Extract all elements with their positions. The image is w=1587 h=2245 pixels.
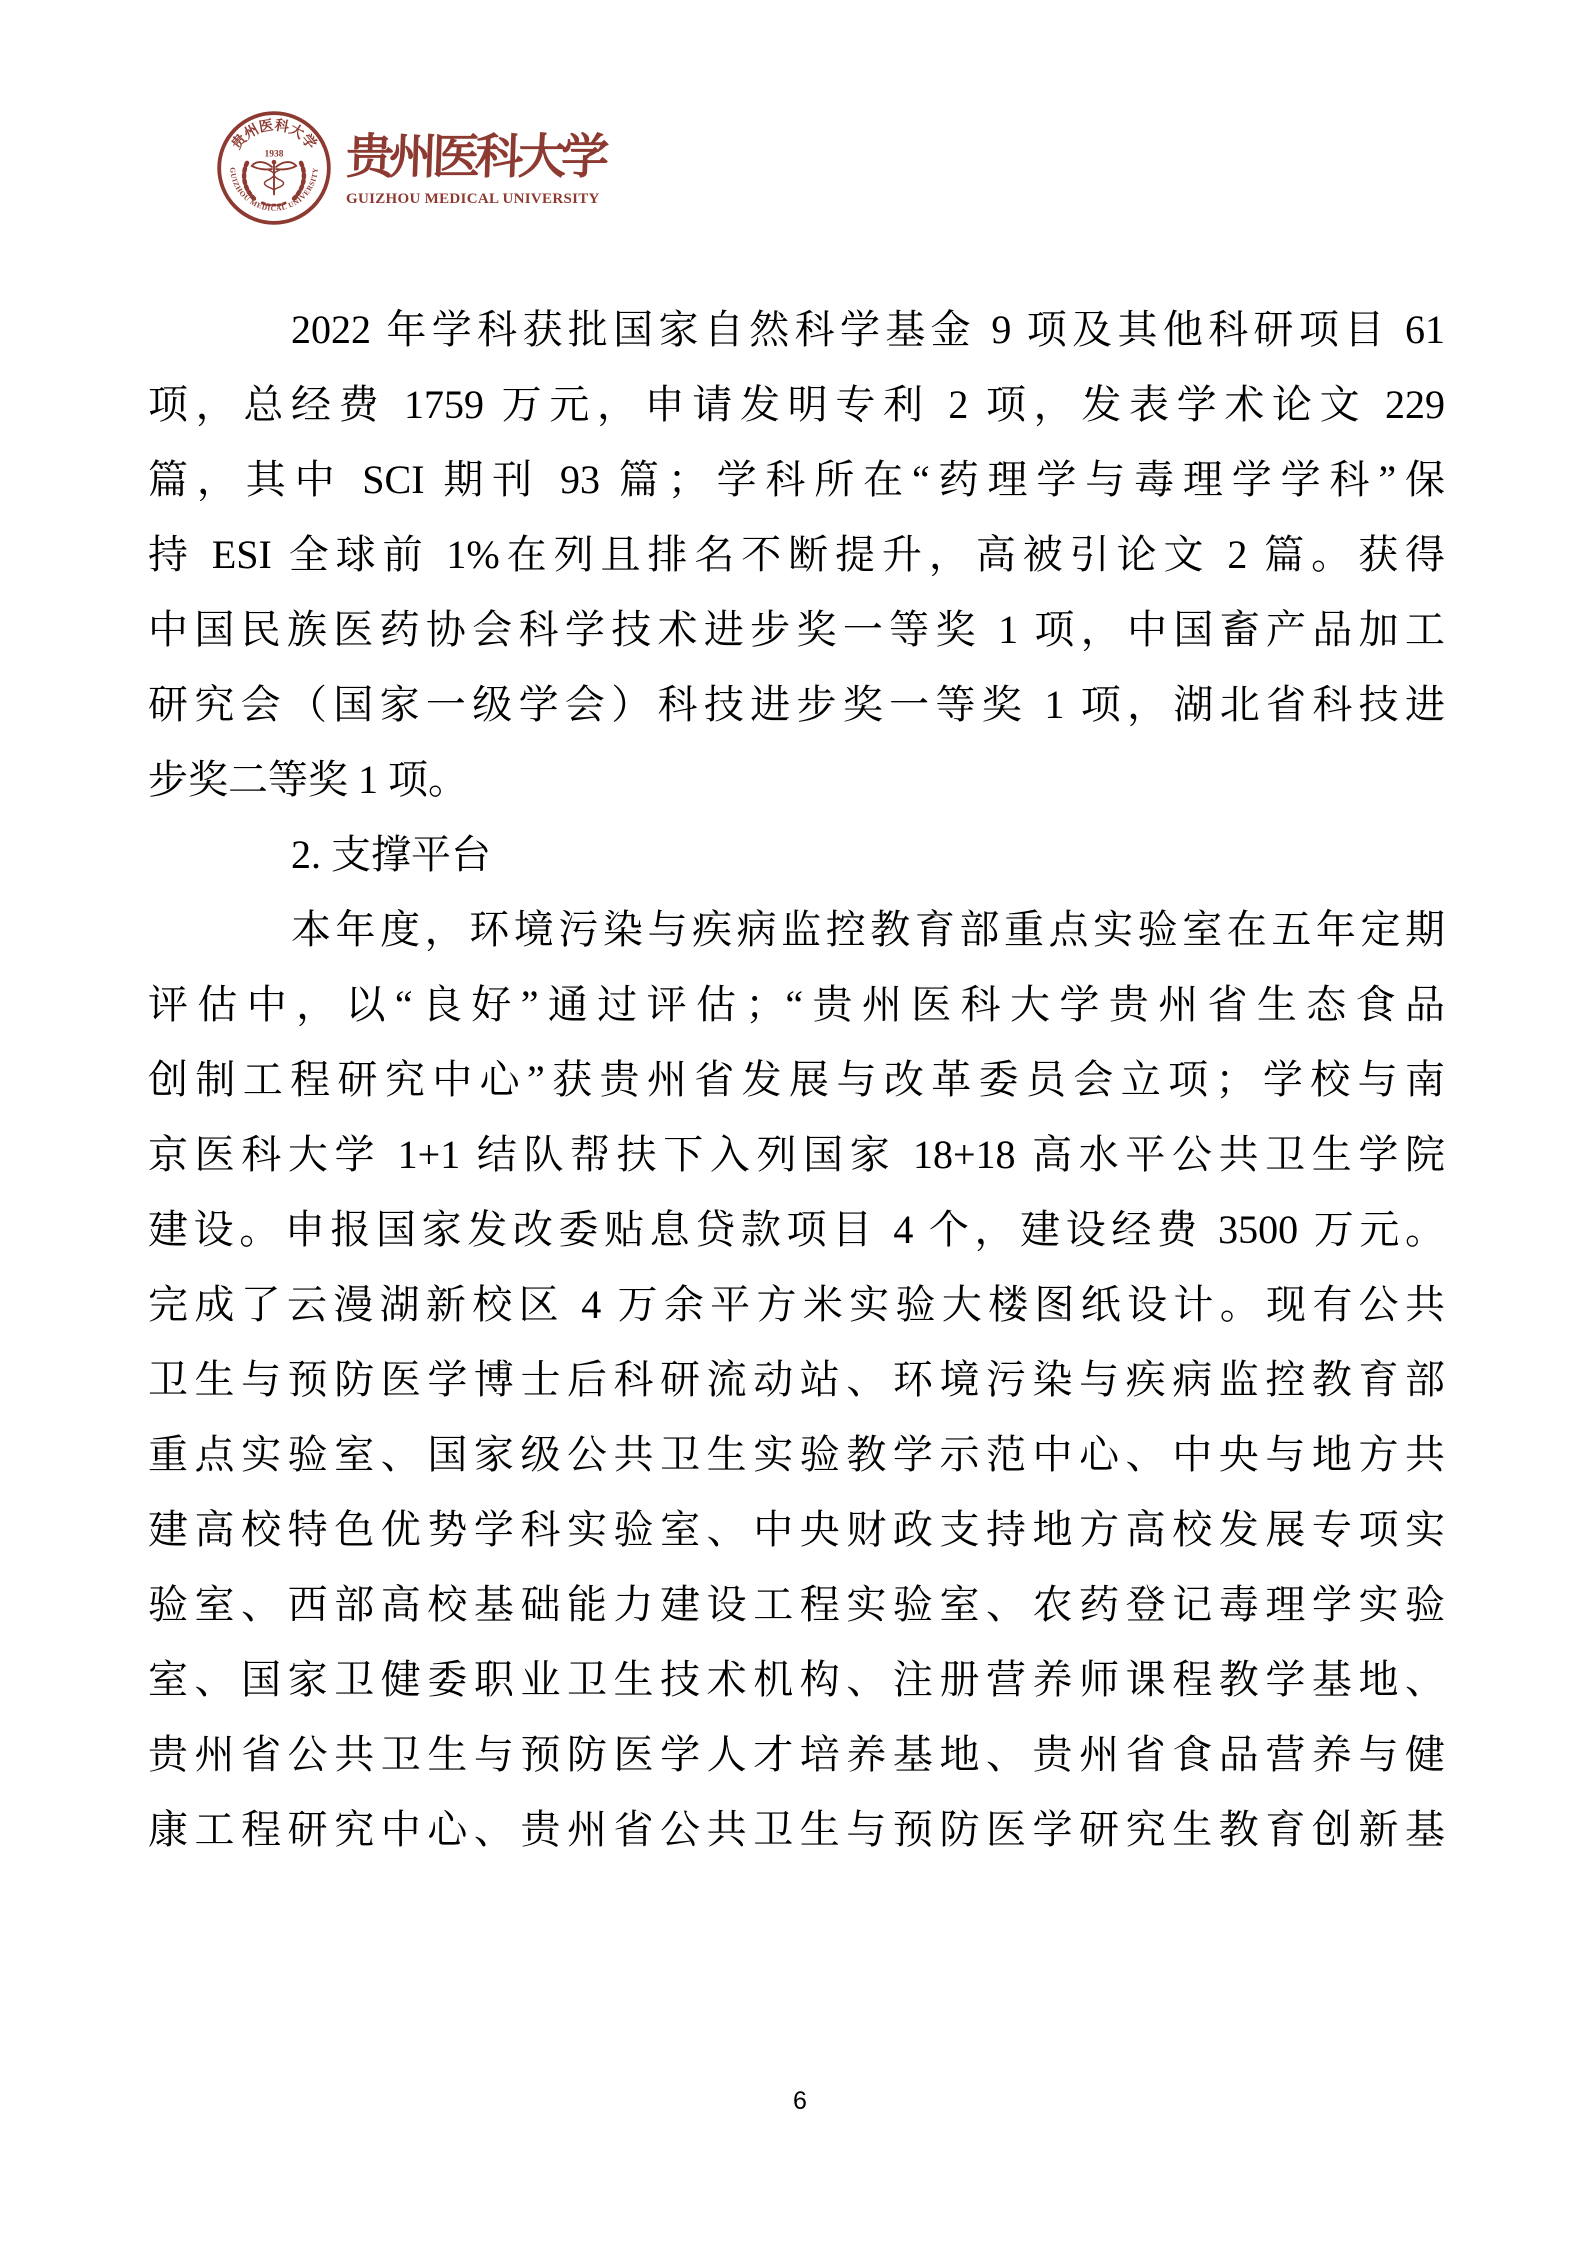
seal-arc-top-text: 贵州医科大学 bbox=[227, 116, 321, 154]
caduceus-icon bbox=[252, 160, 296, 194]
text-line: 完成了云漫湖新校区 4 万余平方米实验大楼图纸设计。现有公共 bbox=[148, 1267, 1445, 1342]
text-line: 持 ESI 全球前 1%在列且排名不断提升，高被引论文 2 篇。获得 bbox=[148, 517, 1445, 592]
text-line: 重点实验室、国家级公共卫生实验教学示范中心、中央与地方共 bbox=[148, 1417, 1445, 1492]
text-line: 研究会（国家一级学会）科技进步奖一等奖 1 项，湖北省科技进 bbox=[148, 667, 1445, 742]
text-line: 项，总经费 1759 万元，申请发明专利 2 项，发表学术论文 229 bbox=[148, 367, 1445, 442]
page-number: 6 bbox=[0, 2086, 1587, 2116]
text-line: 建高校特色优势学科实验室、中央财政支持地方高校发展专项实 bbox=[148, 1492, 1445, 1567]
text-line: 建设。申报国家发改委贴息贷款项目 4 个，建设经费 3500 万元。 bbox=[148, 1192, 1445, 1267]
document-body: 2022 年学科获批国家自然科学基金 9 项及其他科研项目 61项，总经费 17… bbox=[148, 292, 1445, 1867]
text-line: 室、国家卫健委职业卫生技术机构、注册营养师课程教学基地、 bbox=[148, 1642, 1445, 1717]
text-line: 2. 支撑平台 bbox=[148, 817, 1445, 892]
university-name-en: GUIZHOU MEDICAL UNIVERSITY bbox=[346, 191, 604, 208]
text-line: 步奖二等奖 1 项。 bbox=[148, 742, 1445, 817]
text-line: 中国民族医药协会科学技术进步奖一等奖 1 项，中国畜产品加工 bbox=[148, 592, 1445, 667]
text-line: 评估中，以“良好”通过评估；“贵州医科大学贵州省生态食品 bbox=[148, 967, 1445, 1042]
text-line: 创制工程研究中心”获贵州省发展与改革委员会立项；学校与南 bbox=[148, 1042, 1445, 1117]
university-name-zh: 贵州医科大学 bbox=[345, 132, 605, 184]
text-line: 京医科大学 1+1 结队帮扶下入列国家 18+18 高水平公共卫生学院 bbox=[148, 1117, 1445, 1192]
text-line: 本年度，环境污染与疾病监控教育部重点实验室在五年定期 bbox=[148, 892, 1445, 967]
text-line: 2022 年学科获批国家自然科学基金 9 项及其他科研项目 61 bbox=[148, 292, 1445, 367]
text-line: 篇，其中 SCI 期刊 93 篇；学科所在“药理学与毒理学学科”保 bbox=[148, 442, 1445, 517]
document-page: { "page": { "number": "6", "background":… bbox=[0, 0, 1587, 2245]
university-seal-icon: 贵州医科大学 1938 GUIZHOU MEDICAL UNIVERSITY bbox=[216, 110, 332, 226]
text-line: 验室、西部高校基础能力建设工程实验室、农药登记毒理学实验 bbox=[148, 1567, 1445, 1642]
university-logo: 贵州医科大学 1938 GUIZHOU MEDICAL UNIVERSITY 贵… bbox=[216, 110, 604, 226]
text-line: 康工程研究中心、贵州省公共卫生与预防医学研究生教育创新基 bbox=[148, 1792, 1445, 1867]
logo-wordmark: 贵州医科大学 GUIZHOU MEDICAL UNIVERSITY bbox=[346, 110, 604, 208]
text-line: 贵州省公共卫生与预防医学人才培养基地、贵州省食品营养与健 bbox=[148, 1717, 1445, 1792]
seal-year: 1938 bbox=[265, 149, 284, 159]
text-line: 卫生与预防医学博士后科研流动站、环境污染与疾病监控教育部 bbox=[148, 1342, 1445, 1417]
